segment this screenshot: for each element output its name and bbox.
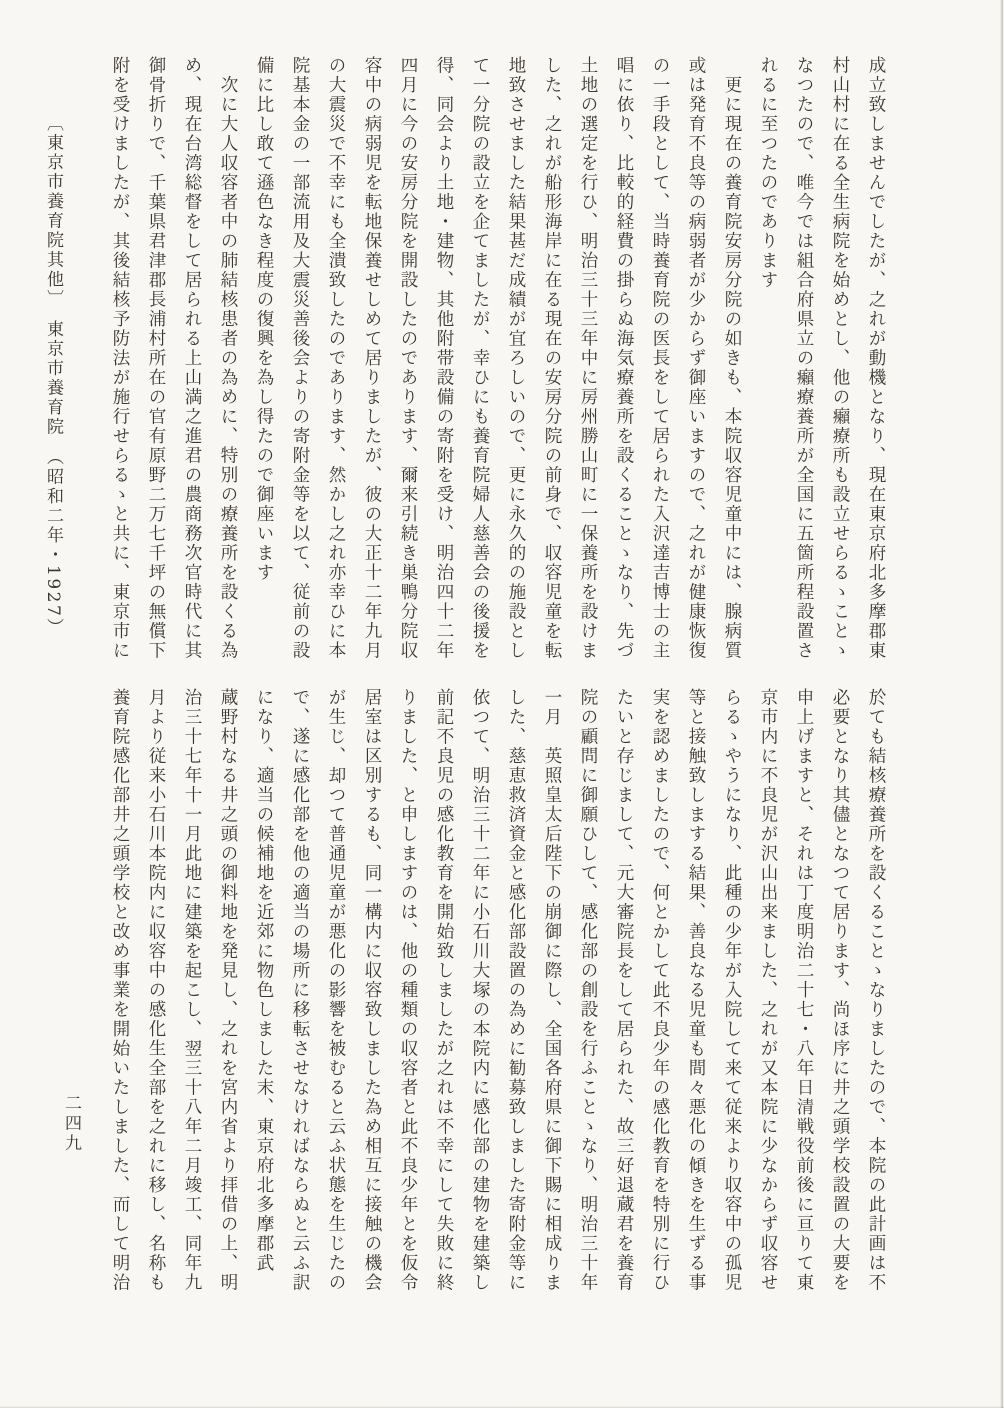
text-column: 前記不良児の感化教育を開始致しましたが之れは不幸にして失敗に終	[426, 688, 462, 1310]
text-column: 養育院感化部井之頭学校と改め事業を開始いたしました、而して明治	[102, 688, 138, 1310]
scanned-document-page: 成立致しませんでしたが、之れが動機となり、現在東京府北多摩郡東 村山村に在る全生…	[0, 0, 1004, 1408]
text-column: 容中の病弱児を転地保養せしめて居りましたが、彼の大正十二年九月	[354, 56, 390, 660]
text-column: 於ても結核療養所を設くることゝなりましたので、本院の此計画は不	[858, 688, 894, 1310]
text-column: 月より従来小石川本院内に収容中の感化生全部を之れに移し、名称も	[138, 688, 174, 1310]
text-column: 依つて、明治三十二年に小石川大塚の本院内に感化部の建物を建築し	[462, 688, 498, 1310]
text-column: した、之れが船形海岸に在る現在の安房分院の前身で、収容児童を転	[534, 56, 570, 660]
source-citation: 〔東京市養育院其他〕 東京市養育院 （昭和二年・1927）	[38, 114, 68, 674]
text-column: 四月に今の安房分院を開設したのであります、爾来引続き巣鴨分院収	[390, 56, 426, 660]
text-column: の一手段として、当時養育院の医長をして居られた入沢達吉博士の主	[642, 56, 678, 660]
text-column: れるに至つたのであります	[750, 56, 786, 660]
text-column: 更に現在の養育院安房分院の如きも、本院収容児童中には、腺病質	[714, 56, 750, 660]
text-column: が生じ、却つて普通児童が悪化の影響を被むると云ふ状態を生じたの	[318, 688, 354, 1310]
text-column: なつたので、唯今では組合府県立の癩療養所が全国に五箇所程設置さ	[786, 56, 822, 660]
text-column: め、現在台湾総督をして居られる上山満之進君の農商務次官時代に其	[174, 56, 210, 660]
text-column: 唱に依り、比較的経費の掛らぬ海気療養所を設くることゝなり、先づ	[606, 56, 642, 660]
text-column: 必要となり其儘となつて居ります、尚ほ序に井之頭学校設置の大要を	[822, 688, 858, 1310]
text-column: になり、適当の候補地を近郊に物色しました末、東京府北多摩郡武	[246, 688, 282, 1310]
text-column: 御骨折りで、千葉県君津郡長浦村所在の官有原野二万七千坪の無償下	[138, 56, 174, 660]
text-column: 治三十七年十一月此地に建築を起こし、翌三十八年二月竣工、同年九	[174, 688, 210, 1310]
text-column: 備に比し敢て遜色なき程度の復興を為し得たので御座います	[246, 56, 282, 660]
scan-edge-artifact	[1000, 0, 1003, 1408]
text-column: 申上げますと、それは丁度明治二十七・八年日清戦役前後に亘りて東	[786, 688, 822, 1310]
bottom-text-block: 於ても結核療養所を設くることゝなりましたので、本院の此計画は不 必要となり其儘と…	[102, 688, 894, 1310]
top-text-block: 成立致しませんでしたが、之れが動機となり、現在東京府北多摩郡東 村山村に在る全生…	[102, 56, 894, 660]
text-column: 院の顧問に御願ひして、感化部の創設を行ふことゝなり、明治三十年	[570, 688, 606, 1310]
text-column: 或は発育不良等の病弱者が少からず御座いますので、之れが健康恢復	[678, 56, 714, 660]
text-column: 院基本金の一部流用及大震災善後会よりの寄附金等を以て、従前の設	[282, 56, 318, 660]
page-number: 二四九	[58, 1094, 84, 1154]
text-column: 実を認めましたので、何とかして此不良少年の感化教育を特別に行ひ	[642, 688, 678, 1310]
text-column: で、遂に感化部を他の適当の場所に移転させなければならぬと云ふ訳	[282, 688, 318, 1310]
text-column: の大震災で不幸にも全潰致したのであります、然かし之れ亦幸ひに本	[318, 56, 354, 660]
text-column: 京市内に不良児が沢山出来ました、之れが又本院に少なからず収容せ	[750, 688, 786, 1310]
text-column: 地致させました結果甚だ成績が宜ろしいので、更に永久的の施設とし	[498, 56, 534, 660]
text-column: 蔵野村なる井之頭の御料地を発見し、之れを宮内省より拝借の上、明	[210, 688, 246, 1310]
text-column: 土地の選定を行ひ、明治三十三年中に房州勝山町に一保養所を設けま	[570, 56, 606, 660]
text-column: 居室は区別するも、同一構内に収容致しました為め相互に接触の機会	[354, 688, 390, 1310]
text-column: りました、と申しますのは、他の種類の収容者と此不良少年とを仮令	[390, 688, 426, 1310]
text-column: 附を受けましたが、其後結核予防法が施行せらるゝと共に、東京市に	[102, 56, 138, 660]
text-column: 成立致しませんでしたが、之れが動機となり、現在東京府北多摩郡東	[858, 56, 894, 660]
text-column: した、慈恵救済資金と感化部設置の為めに勧募致しました寄附金等に	[498, 688, 534, 1310]
text-column: 一月 英照皇太后陛下の崩御に際し、全国各府県に御下賜に相成りま	[534, 688, 570, 1310]
text-column: て一分院の設立を企てましたが、幸ひにも養育院婦人慈善会の後援を	[462, 56, 498, 660]
text-column: 得、同会より土地・建物、其他附帯設備の寄附を受け、明治四十二年	[426, 56, 462, 660]
text-column: 村山村に在る全生病院を始めとし、他の癩療所も設立せらるゝことゝ	[822, 56, 858, 660]
text-column: たいと存じまして、元大審院長をして居られた、故三好退蔵君を養育	[606, 688, 642, 1310]
text-column: 等と接触致しまする結果、善良なる児童も間々悪化の傾きを生ずる事	[678, 688, 714, 1310]
text-column: らるゝやうになり、此種の少年が入院して来て従来より収容中の孤児	[714, 688, 750, 1310]
text-column: 次に大人収容者中の肺結核患者の為めに、特別の療養所を設くる為	[210, 56, 246, 660]
